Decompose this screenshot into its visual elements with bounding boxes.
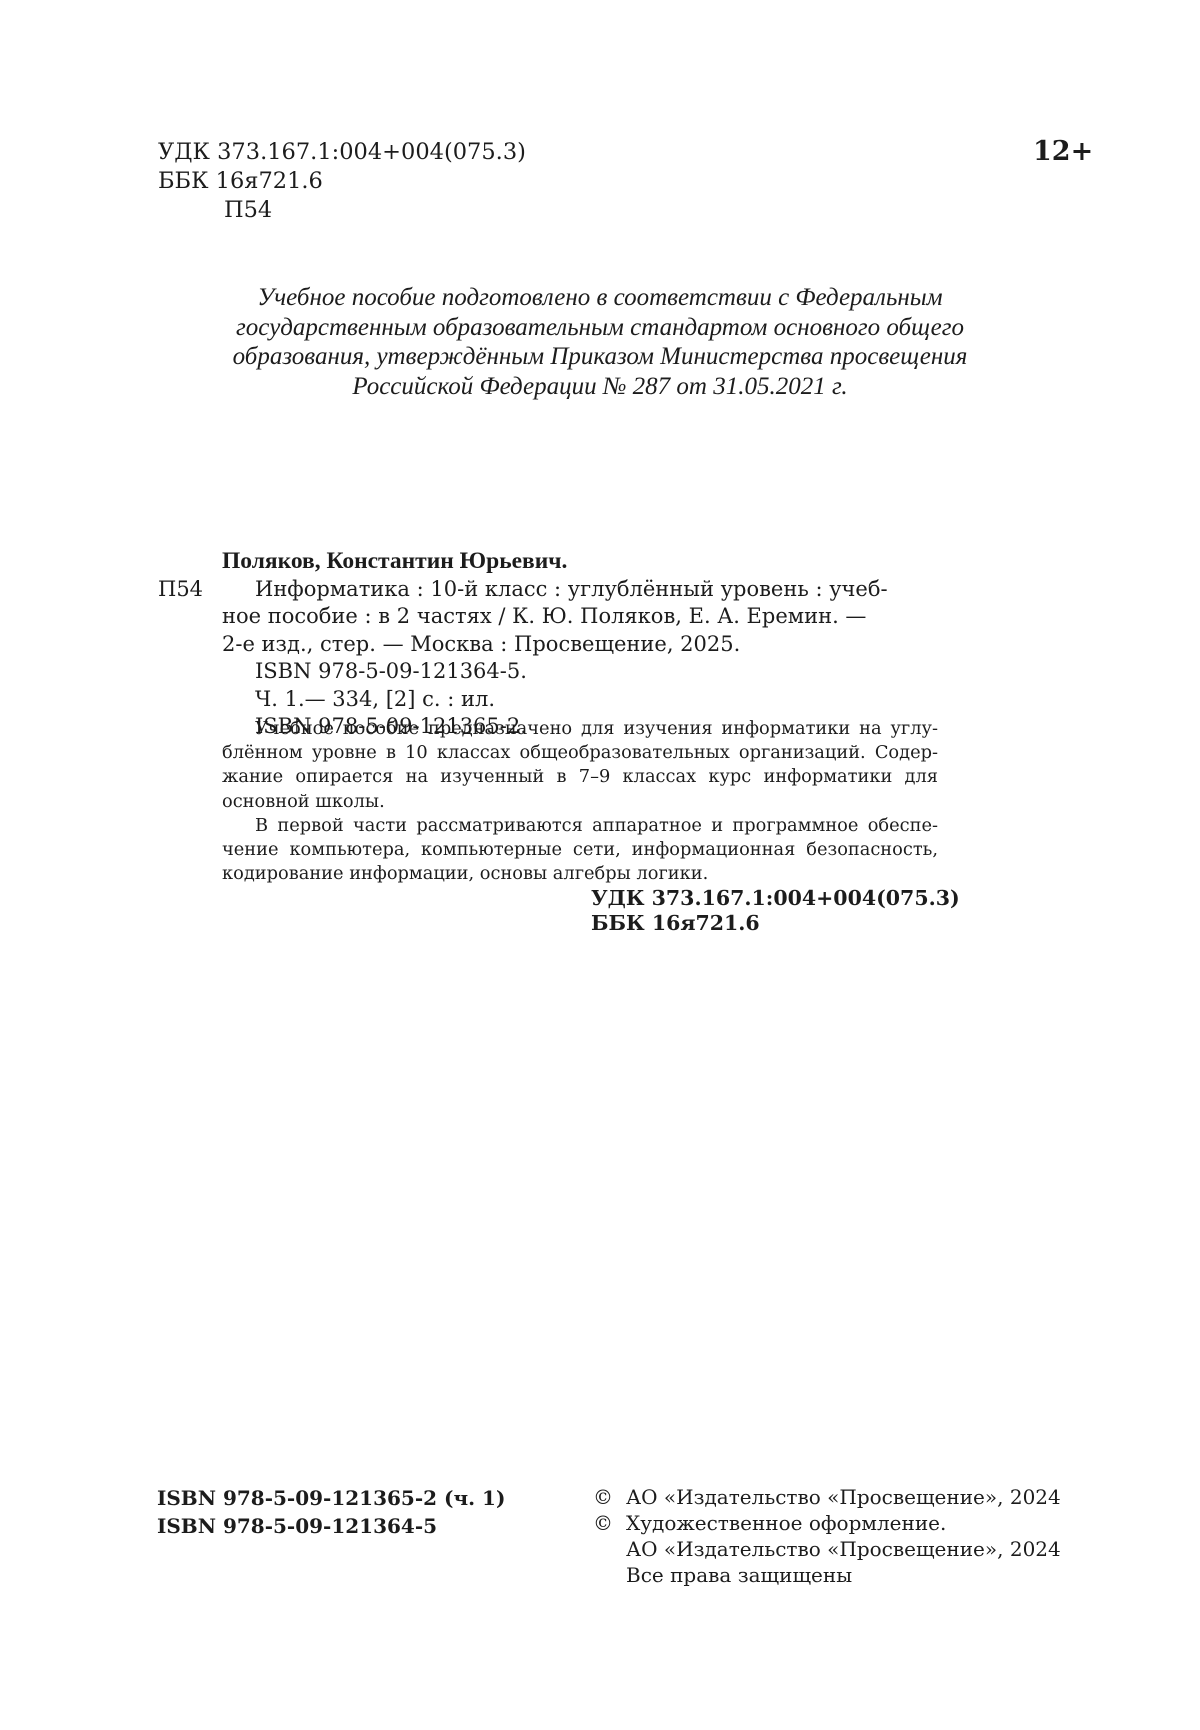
copyright-block: © АО «Издательство «Просвещение», 2024 ©…	[593, 1484, 1061, 1588]
age-rating-badge: 12+	[1033, 136, 1093, 167]
standard-note-line: государственным образовательным стандарт…	[160, 313, 1040, 343]
copyright-design-publisher: АО «Издательство «Просвещение», 2024	[626, 1537, 1061, 1561]
standard-note-line: образования, утверждённым Приказом Минис…	[160, 342, 1040, 372]
isbn-set-line: ISBN 978-5-09-121364-5.	[158, 658, 938, 686]
annotation-paragraph: В первой части рассматриваются аппаратно…	[222, 814, 938, 887]
classification-header: УДК 373.167.1:004+004(075.3) ББК 16я721.…	[158, 138, 526, 225]
title-line: ное пособие : в 2 частях / К. Ю. Поляков…	[158, 603, 938, 631]
rights-reserved: Все права защищены	[626, 1563, 852, 1587]
copyright-icon: ©	[593, 1510, 613, 1536]
annotation: Учебное пособие предназначено для изучен…	[222, 717, 938, 886]
copyright-publisher: АО «Издательство «Просвещение», 2024	[626, 1485, 1061, 1509]
annotation-line: основной школы.	[222, 790, 938, 814]
isbn-part: ISBN 978-5-09-121365-2 (ч. 1)	[157, 1485, 505, 1513]
edition-line: 2-е изд., стер. — Москва : Просвещение, …	[158, 631, 938, 659]
bbk-code-footer: ББК 16я721.6	[591, 911, 960, 936]
author-heading: Поляков, Константин Юрьевич.	[158, 548, 938, 576]
bibliographic-record: Поляков, Константин Юрьевич. П54 Информа…	[158, 548, 938, 741]
copyright-design: Художественное оформление.	[626, 1511, 946, 1535]
classification-footer: УДК 373.167.1:004+004(075.3) ББК 16я721.…	[591, 886, 960, 936]
annotation-line: жание опирается на изученный в 7–9 класс…	[222, 765, 938, 789]
title-line: Информатика : 10-й класс : углублённый у…	[158, 577, 888, 601]
bbk-code: ББК 16я721.6	[158, 167, 526, 196]
udk-code: УДК 373.167.1:004+004(075.3)	[158, 138, 526, 167]
annotation-line: кодирование информации, основы алгебры л…	[222, 862, 938, 886]
standard-note-line: Российской Федерации № 287 от 31.05.2021…	[160, 372, 1040, 402]
annotation-paragraph: Учебное пособие предназначено для изучен…	[222, 717, 938, 814]
standard-compliance-note: Учебное пособие подготовлено в соответст…	[160, 283, 1040, 401]
part-info-line: Ч. 1.— 334, [2] с. : ил.	[158, 686, 938, 714]
annotation-line: Учебное пособие предназначено для изучен…	[222, 717, 938, 741]
annotation-line: чение компьютера, компьютерные сети, инф…	[222, 838, 938, 862]
copyright-icon: ©	[593, 1484, 613, 1510]
author-sign: П54	[158, 196, 526, 225]
isbn-block: ISBN 978-5-09-121365-2 (ч. 1) ISBN 978-5…	[157, 1485, 505, 1540]
isbn-set: ISBN 978-5-09-121364-5	[157, 1513, 505, 1541]
annotation-line: блённом уровне в 10 классах общеобразова…	[222, 741, 938, 765]
udk-code-footer: УДК 373.167.1:004+004(075.3)	[591, 886, 960, 911]
annotation-line: В первой части рассматриваются аппаратно…	[222, 814, 938, 838]
standard-note-line: Учебное пособие подготовлено в соответст…	[160, 283, 1040, 313]
record-author-sign: П54	[158, 576, 203, 604]
